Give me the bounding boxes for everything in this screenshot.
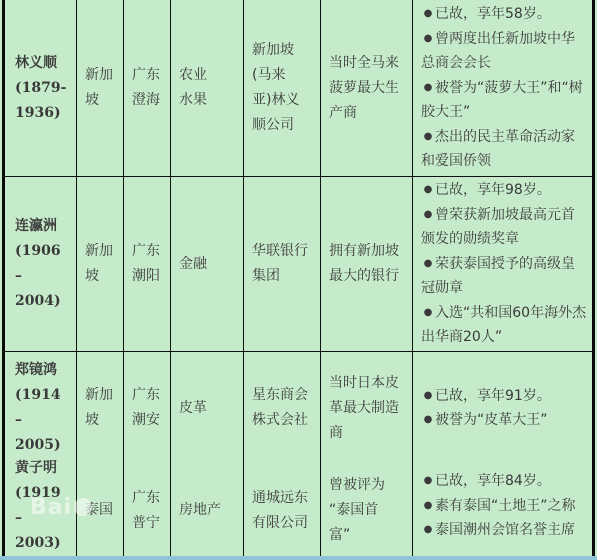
bullet-icon: ●: [421, 27, 435, 52]
bullet-icon: ●: [421, 76, 435, 101]
bullet-icon: ●: [421, 203, 435, 228]
notes-list: ●已故，享年91岁。 ●被誉为“皮革大王”: [421, 384, 551, 433]
table-border-right: [592, 0, 595, 556]
person-name: 连瀛洲: [15, 214, 61, 239]
industry-cell: 房地产: [171, 465, 243, 556]
company-cell: 通城远东 有限公司: [244, 465, 320, 556]
name-cell: 黄子明 (1919 – 2003): [5, 456, 76, 556]
life-years: (1919 – 2003): [15, 481, 61, 556]
bullet-icon: ●: [421, 494, 435, 519]
person-name: 郑镜鸿: [15, 358, 61, 383]
country-cell: 新加 坡: [77, 352, 123, 464]
note-item: ●被誉为“皮革大王”: [421, 408, 551, 433]
country: 新加 坡: [85, 63, 113, 113]
note-item: ●曾两度出任新加坡中华总商会会长: [421, 27, 588, 76]
industry: 皮革: [179, 396, 207, 421]
life-years: (1906 – 2004): [15, 239, 61, 314]
country-cell: 新加 坡: [77, 177, 123, 351]
person-name: 林义顺: [15, 51, 66, 76]
note-item: ●素有泰国“土地王”之称: [421, 494, 576, 519]
notes-list: ●已故，享年84岁。 ●素有泰国“土地王”之称 ●泰国潮州会馆名誉主席: [421, 469, 576, 543]
note-item: ●被誉为“菠萝大王”和“树胶大王”: [421, 76, 588, 125]
country-cell: 泰国: [77, 465, 123, 556]
bullet-icon: ●: [421, 469, 435, 494]
note-item: ●已故，享年98岁。: [421, 178, 588, 203]
achievement-cell: 当时全马来 菠萝最大生 产商: [321, 0, 412, 176]
company: 华联银行 集团: [252, 239, 308, 289]
notes-cell: ●已故，享年98岁。 ●曾荣获新加坡最高元首颁发的勋绩奖章 ●荣获泰国授予的高级…: [413, 177, 592, 351]
company: 通城远东 有限公司: [252, 486, 308, 536]
bullet-icon: ●: [421, 408, 435, 433]
company-cell: 华联银行 集团: [244, 177, 320, 351]
industry-cell: 金融: [171, 177, 243, 351]
note-item: ●泰国潮州会馆名誉主席: [421, 518, 576, 543]
achievement: 当时全马来 菠萝最大生 产商: [329, 51, 399, 126]
industry-cell: 农业 水果: [171, 0, 243, 176]
notes-list: ●已故，享年98岁。 ●曾荣获新加坡最高元首颁发的勋绩奖章 ●荣获泰国授予的高级…: [421, 178, 588, 350]
bullet-icon: ●: [421, 301, 435, 326]
company-cell: 星东商会 株式会社: [244, 352, 320, 464]
industry: 房地产: [179, 498, 221, 523]
country: 新加 坡: [85, 383, 113, 433]
hometown: 广东 普宁: [132, 486, 160, 536]
bullet-icon: ●: [421, 178, 435, 203]
notes-cell: ●已故，享年91岁。 ●被誉为“皮革大王”: [413, 352, 592, 464]
life-years: (1879- 1936): [15, 76, 66, 126]
bottom-strip: [0, 556, 597, 560]
industry: 农业 水果: [179, 63, 207, 113]
notes-cell: ●已故，享年58岁。 ●曾两度出任新加坡中华总商会会长 ●被誉为“菠萝大王”和“…: [413, 0, 592, 176]
country: 泰国: [85, 498, 113, 523]
company: 新加坡 (马来 亚)林义 顺公司: [252, 38, 299, 138]
achievement-cell: 当时日本皮 革最大制造 商: [321, 352, 412, 464]
hometown-cell: 广东 澄海: [124, 0, 170, 176]
note-item: ●杰出的民主革命活动家和爱国侨领: [421, 125, 588, 174]
note-item: ●入选“共和国60年海外杰出华商20人”: [421, 301, 588, 350]
biography-table: 林义顺 (1879- 1936) 新加 坡 广东 澄海 农业 水果 新加坡 (马…: [0, 0, 597, 556]
company: 星东商会 株式会社: [252, 383, 308, 433]
person-name: 黄子明: [15, 456, 61, 481]
bullet-icon: ●: [421, 2, 435, 27]
name-cell: 郑镜鸿 (1914 – 2005): [5, 352, 76, 455]
notes-cell: ●已故，享年84岁。 ●素有泰国“土地王”之称 ●泰国潮州会馆名誉主席: [413, 465, 592, 556]
hometown: 广东 澄海: [132, 63, 160, 113]
achievement-cell: 曾被评为 “泰国首 富”: [321, 465, 412, 556]
name-cell: 连瀛洲 (1906 – 2004): [5, 177, 76, 351]
country-cell: 新加 坡: [77, 0, 123, 176]
hometown-cell: 广东 潮安: [124, 352, 170, 464]
company-cell: 新加坡 (马来 亚)林义 顺公司: [244, 0, 320, 176]
note-item: ●已故，享年91岁。: [421, 384, 551, 409]
country: 新加 坡: [85, 239, 113, 289]
hometown-cell: 广东 潮阳: [124, 177, 170, 351]
hometown: 广东 潮安: [132, 383, 160, 433]
note-item: ●曾荣获新加坡最高元首颁发的勋绩奖章: [421, 203, 588, 252]
bullet-icon: ●: [421, 384, 435, 409]
hometown: 广东 潮阳: [132, 239, 160, 289]
achievement: 曾被评为 “泰国首 富”: [329, 473, 385, 548]
achievement-cell: 拥有新加坡 最大的银行: [321, 177, 412, 351]
achievement: 当时日本皮 革最大制造 商: [329, 371, 399, 446]
bullet-icon: ●: [421, 518, 435, 543]
industry: 金融: [179, 252, 207, 277]
bullet-icon: ●: [421, 125, 435, 150]
note-item: ●已故，享年84岁。: [421, 469, 576, 494]
note-item: ●已故，享年58岁。: [421, 2, 588, 27]
life-years: (1914 – 2005): [15, 383, 61, 458]
achievement: 拥有新加坡 最大的银行: [329, 239, 399, 289]
bullet-icon: ●: [421, 252, 435, 277]
note-item: ●荣获泰国授予的高级皇冠勋章: [421, 252, 588, 301]
hometown-cell: 广东 普宁: [124, 465, 170, 556]
notes-list: ●已故，享年58岁。 ●曾两度出任新加坡中华总商会会长 ●被誉为“菠萝大王”和“…: [421, 2, 588, 174]
name-cell: 林义顺 (1879- 1936): [5, 0, 76, 176]
industry-cell: 皮革: [171, 352, 243, 464]
